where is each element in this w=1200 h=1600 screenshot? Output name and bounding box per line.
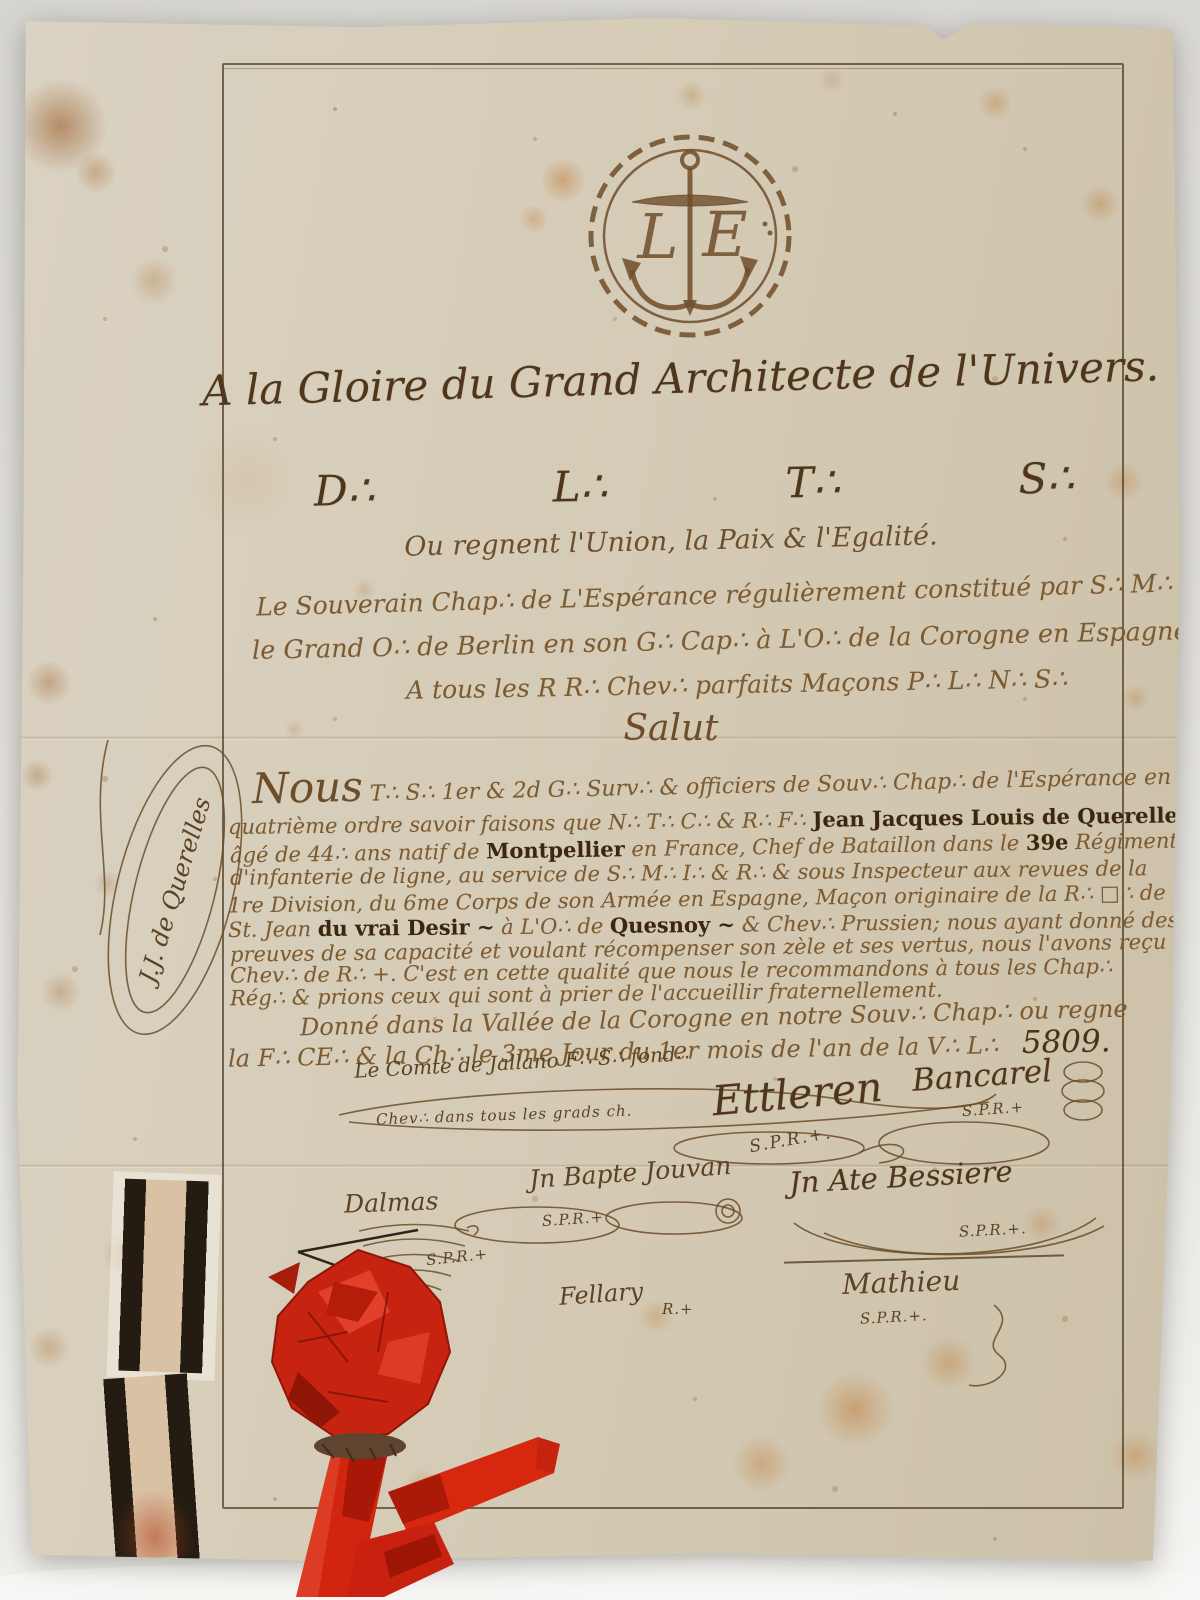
initial-l: L∴ — [552, 462, 607, 512]
paper-speckles — [14, 18, 16, 20]
birthplace-name: Montpellier — [486, 836, 625, 863]
photo-mat-bottom — [0, 1560, 1200, 1600]
emblem-letter-l: L — [636, 200, 678, 273]
initial-s: S∴ — [1018, 453, 1074, 503]
signature-fellary-grade: R.+ — [662, 1300, 694, 1318]
regiment-number: 39e — [1026, 829, 1069, 855]
salut-word: Salut — [222, 708, 1120, 749]
signature-dalmas: Dalmas — [344, 1186, 439, 1218]
document-paper: L E A la Gloire du Grand Architecte de l… — [14, 18, 1182, 1564]
mathieu-paraph — [944, 1300, 1014, 1395]
initial-d: D∴ — [314, 466, 375, 516]
lodge-name: du vrai Desir ~ — [318, 914, 495, 941]
signature-mathieu-grade: S.P.R.+. — [860, 1306, 929, 1328]
margin-signature-block: J.J. de Querelles — [70, 725, 280, 1055]
signature-bessiere-grade: S.P.R.+. — [959, 1219, 1028, 1241]
signature-mathieu: Mathieu — [841, 1264, 960, 1301]
body-line-6c: à L'O∴ de — [494, 914, 610, 939]
anchor-emblem: L E — [580, 126, 800, 346]
red-wax-seal — [238, 1222, 573, 1600]
striped-ribbon-upper — [115, 1178, 214, 1373]
initial-t: T∴ — [785, 457, 841, 507]
document-paper-wrap: L E A la Gloire du Grand Architecte de l… — [14, 18, 1182, 1564]
emblem-letter-e: E — [701, 198, 747, 271]
body-line-3e: Régiment — [1068, 829, 1178, 855]
bancarel-paraph — [1056, 1056, 1111, 1126]
ribbon-red-stain — [112, 1485, 197, 1560]
orient-name: Quesnoy ~ — [610, 912, 735, 938]
